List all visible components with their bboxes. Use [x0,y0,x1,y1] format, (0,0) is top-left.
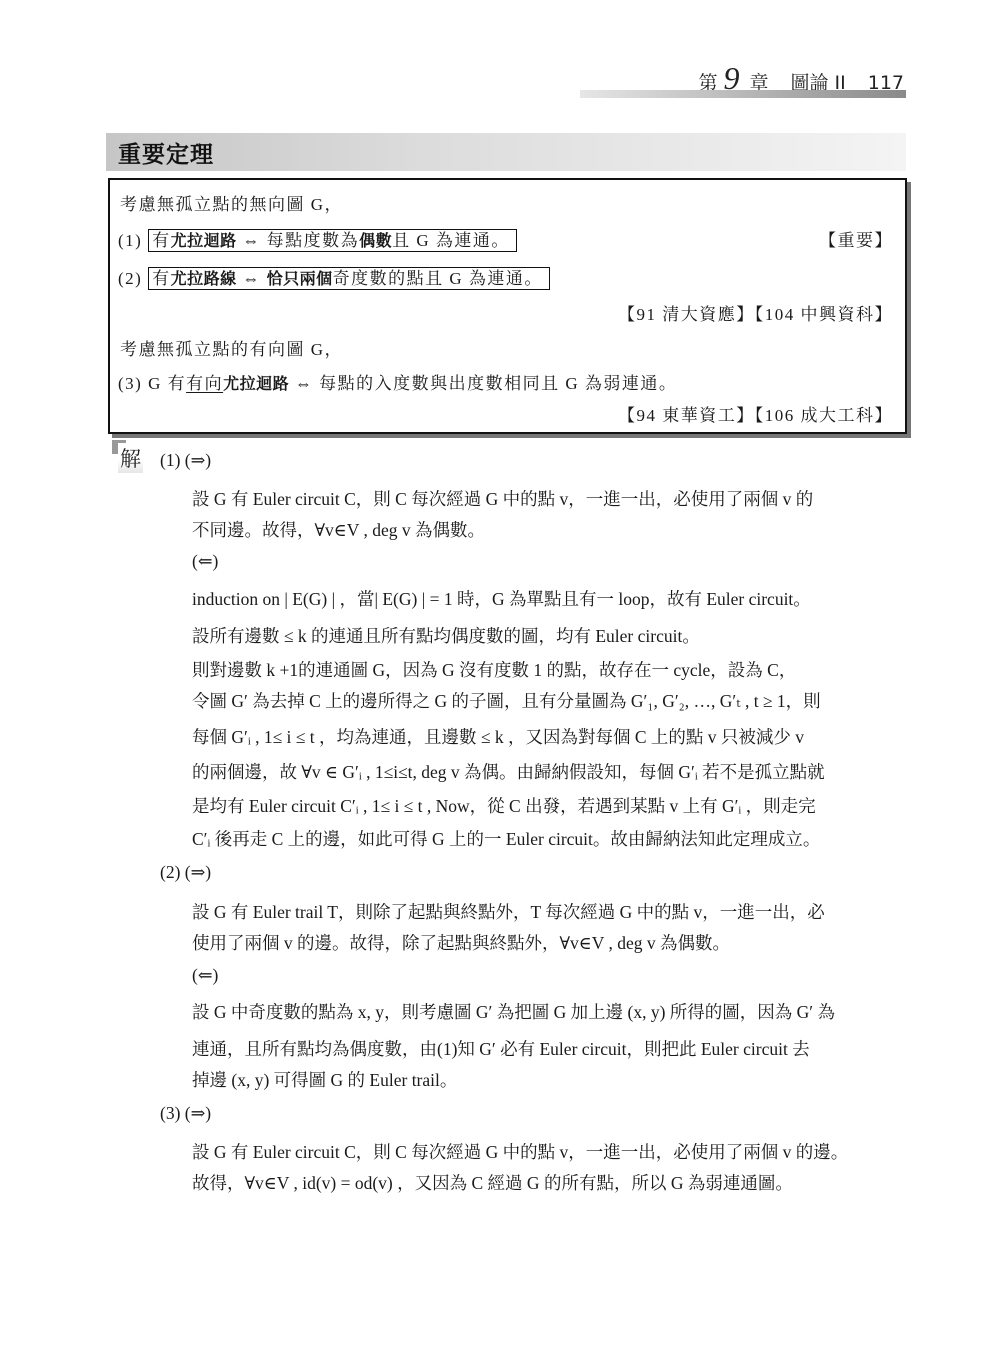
tag-exam-sources-3: 【94 東華資工】【106 成大工科】 [618,401,893,426]
part1-line: 設所有邊數 ≤ k 的連通且所有點均偶度數的圖，均有 Euler circuit… [192,623,700,648]
part1-line: induction on | E(G) | ，當| E(G) | = 1 時，G… [192,586,811,611]
part1-line: 的兩個邊，故 ∀v ∈ G′ᵢ , 1≤i≤t, deg v 為偶。由歸納假設知… [192,759,825,784]
solution-label: 解 [118,443,143,473]
part2-line: 設 G 中奇度數的點為 x, y，則考慮圖 G′ 為把圖 G 加上邊 (x, y… [192,999,835,1024]
part1-line: 設 G 有 Euler circuit C，則 C 每次經過 G 中的點 v，一… [192,486,813,511]
part1-line: 是均有 Euler circuit C′ᵢ , 1≤ i ≤ t , Now，從… [192,793,816,818]
part2-line: 掉邊 (x, y) 可得圖 G 的 Euler trail。 [192,1067,457,1092]
part3-line: 設 G 有 Euler circuit C，則 C 每次經過 G 中的點 v，一… [192,1139,848,1164]
part1-heading: (1) (⇒) [160,450,211,471]
theorem-1-statement: 有尤拉迴路 ⇔ 每點度數為偶數且 G 為連通。 [148,229,517,252]
part2-heading: (2) (⇒) [160,862,211,883]
tag-important: 【重要】 [819,226,893,251]
intro-directed: 考慮無孤立點的有向圖 G， [120,335,343,360]
part2-back-heading: (⇐) [192,965,218,986]
section-title: 重要定理 [118,136,214,169]
part1-line: 則對邊數 k +1的連通圖 G，因為 G 沒有度數 1 的點，故存在一 cycl… [192,657,796,682]
part1-line: C′ᵢ 後再走 C 上的邊，如此可得 G 上的一 Euler circuit。故… [192,826,820,851]
part1-line: 不同邊。故得，∀v∈V , deg v 為偶數。 [192,517,485,542]
section-title-band: 重要定理 [106,133,906,171]
part1-line: 令圖 G′ 為去掉 C 上的邊所得之 G 的子圖，且有分量圖為 G′₁, G′₂… [192,688,821,713]
tag-exam-sources-2: 【91 清大資應】【104 中興資科】 [618,300,893,325]
part3-heading: (3) (⇒) [160,1103,211,1124]
part2-line: 設 G 有 Euler trail T，則除了起點與終點外，T 每次經過 G 中… [192,899,825,924]
part3-line: 故得，∀v∈V , id(v) = od(v) ，又因為 C 經過 G 的所有點… [192,1170,793,1195]
theorem-box: 考慮無孤立點的無向圖 G， (1) 有尤拉迴路 ⇔ 每點度數為偶數且 G 為連通… [108,178,907,434]
header-gradient-bar [580,90,906,98]
theorem-2-statement: 有尤拉路線 ⇔ 恰只兩個奇度數的點且 G 為連通。 [148,267,550,290]
theorem-item-3: (3) G 有有向尤拉迴路 ⇔ 每點的入度數與出度數相同且 G 為弱連通。 [118,369,677,394]
part1-back-heading: (⇐) [192,551,218,572]
part2-line: 使用了兩個 v 的邊。故得，除了起點與終點外，∀v∈V , deg v 為偶數。 [192,930,730,955]
part1-line: 每個 G′ᵢ , 1≤ i ≤ t ，均為連通，且邊數 ≤ k ，又因為對每個 … [192,724,804,749]
theorem-item-2: (2) 有尤拉路線 ⇔ 恰只兩個奇度數的點且 G 為連通。 [118,264,550,289]
theorem-item-1: (1) 有尤拉迴路 ⇔ 每點度數為偶數且 G 為連通。 [118,226,517,251]
part2-line: 連通，且所有點均為偶度數，由(1)知 G′ 必有 Euler circuit，則… [192,1036,810,1061]
intro-undirected: 考慮無孤立點的無向圖 G， [120,190,343,215]
